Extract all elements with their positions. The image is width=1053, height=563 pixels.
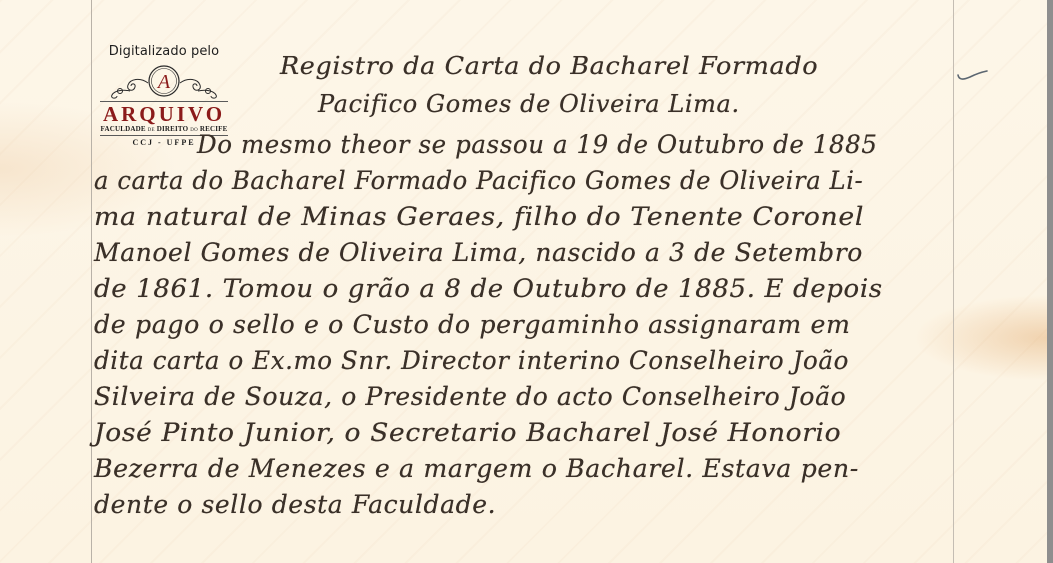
archive-emblem-icon: A: [100, 61, 228, 101]
body-line-1: Do mesmo theor se passou a 19 de Outubro…: [197, 130, 878, 159]
scan-edge-strip: [1047, 0, 1053, 563]
emblem-letter: A: [156, 71, 171, 93]
watermark-caption: Digitalizado pelo: [96, 44, 232, 59]
right-margin-rule: [953, 0, 954, 563]
body-line-8: Silveira de Souza, o Presidente do acto …: [94, 382, 846, 411]
checkmark-icon: [956, 68, 988, 82]
body-line-6: de pago o sello e o Custo do pergaminho …: [94, 310, 851, 339]
watermark-title: ARQUIVO: [100, 101, 228, 125]
body-line-4: Manoel Gomes de Oliveira Lima, nascido a…: [94, 238, 863, 267]
body-line-10: Bezerra de Menezes e a margem o Bacharel…: [94, 454, 859, 483]
body-line-5: de 1861. Tomou o grão a 8 de Outubro de …: [94, 274, 883, 303]
body-line-7: dita carta o Ex.mo Snr. Director interin…: [94, 346, 849, 375]
body-line-11: dente o sello desta Faculdade.: [94, 490, 496, 519]
body-line-2: a carta do Bacharel Formado Pacifico Gom…: [94, 166, 863, 195]
document-title-line-2: Pacifico Gomes de Oliveira Lima.: [318, 90, 740, 118]
body-line-3: ma natural de Minas Geraes, filho do Ten…: [94, 202, 864, 231]
left-margin-rule: [91, 0, 92, 563]
document-title-line-1: Registro da Carta do Bacharel Formado: [280, 52, 818, 80]
body-line-9: José Pinto Junior, o Secretario Bacharel…: [94, 418, 841, 447]
